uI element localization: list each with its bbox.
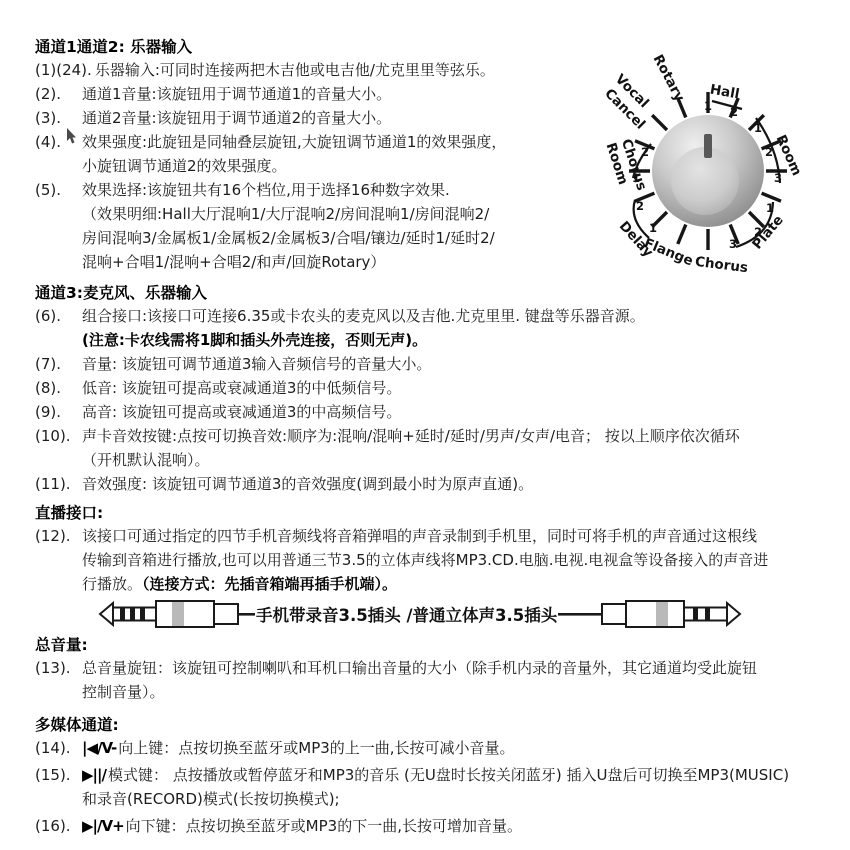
item-number: (9). xyxy=(35,400,82,424)
item-text: 效果强度:此旋钮是同轴叠层旋钮,大旋钮调节通道1的效果强度， 小旋钮调节通道2的… xyxy=(82,130,506,178)
item-number: (11). xyxy=(35,472,82,496)
item-text-main: 组合接口:该接口可连接6.35或卡农头的麦克风以及吉他.尤克里里. 键盘等乐器音… xyxy=(82,307,645,325)
item-connect-bold: （连接方式：先插音箱端再插手机端）。 xyxy=(142,575,397,593)
list-item: (9). 高音: 该旋钮可提高或衰减通道3的中高频信号。 xyxy=(35,400,827,424)
item-number: (12). xyxy=(35,524,82,548)
svg-text:3: 3 xyxy=(774,171,782,185)
svg-text:2: 2 xyxy=(636,199,644,213)
item-text-main: 向下键：点按切换至蓝牙或MP3的下一曲,长按可增加音量。 xyxy=(126,817,522,835)
list-item: (11). 音效强度: 该旋钮可调节通道3的音效强度(调到最小时为原声直通)。 xyxy=(35,472,827,496)
item-number: (3). xyxy=(35,106,82,130)
item-number: (5). xyxy=(35,178,82,202)
item-text-main: 向上键：点按切换至蓝牙或MP3的上一曲,长按可减小音量。 xyxy=(118,739,514,757)
item-number: (10). xyxy=(35,424,82,448)
svg-text:1: 1 xyxy=(766,201,774,215)
svg-text:3: 3 xyxy=(729,237,737,251)
manual-page: 通道1通道2: 乐器输入 (1)(24). 乐器输入:可同时连接两把木吉他或电吉… xyxy=(0,0,850,850)
item-text: ▶||/模式键： 点按播放或暂停蓝牙和MP3的音乐 (无U盘时长按关闭蓝牙) 插… xyxy=(82,763,789,811)
item-text: 该接口可通过指定的四节手机音频线将音箱弹唱的声音录制到手机里，同时可将手机的声音… xyxy=(82,524,768,596)
section-header-live-port: 直播接口: xyxy=(35,502,827,524)
item-text: 高音: 该旋钮可提高或衰减通道3的中高频信号。 xyxy=(82,400,401,424)
item-number: (13). xyxy=(35,656,82,680)
cable-label: 手机带录音3.5插头 /普通立体声3.5插头 xyxy=(256,602,557,626)
list-item: (8). 低音: 该旋钮可提高或衰减通道3的中低频信号。 xyxy=(35,376,827,400)
list-item: (15). ▶||/模式键： 点按播放或暂停蓝牙和MP3的音乐 (无U盘时长按关… xyxy=(35,763,827,811)
list-item: (14). |◀/V-向上键：点按切换至蓝牙或MP3的上一曲,长按可减小音量。 xyxy=(35,736,827,760)
item-text: 效果选择:该旋钮共有16个档位,用于选择16种数字效果. （效果明细:Hall大… xyxy=(82,178,495,274)
item-text: 总音量旋钮：该旋钮可控制喇叭和耳机口输出音量的大小（除手机内录的音量外，其它通道… xyxy=(82,656,757,704)
cable-diagram: 手机带录音3.5插头 /普通立体声3.5插头 xyxy=(97,598,827,630)
item-text-main: 模式键： 点按播放或暂停蓝牙和MP3的音乐 (无U盘时长按关闭蓝牙) 插入U盘后… xyxy=(82,766,789,808)
item-text: ▶|/V+向下键：点按切换至蓝牙或MP3的下一曲,长按可增加音量。 xyxy=(82,814,522,838)
item-number: (15). xyxy=(35,763,82,787)
mouse-cursor-icon xyxy=(66,128,78,145)
item-number: (14). xyxy=(35,736,82,760)
item-text: 音效强度: 该旋钮可调节通道3的音效强度(调到最小时为原声直通)。 xyxy=(82,472,533,496)
item-number: (16). xyxy=(35,814,82,838)
list-item: (12). 该接口可通过指定的四节手机音频线将音箱弹唱的声音录制到手机里，同时可… xyxy=(35,524,827,596)
prev-track-volume-down-icon: |◀/V- xyxy=(82,739,118,757)
section-header-master-volume: 总音量: xyxy=(35,634,827,656)
knob-svg: RotaryVocalCancelHallRoomPlateChorusFlan… xyxy=(575,30,847,286)
svg-text:1: 1 xyxy=(704,99,712,113)
svg-text:2: 2 xyxy=(754,225,762,239)
channel3-list: (6). 组合接口:该接口可连接6.35或卡农头的麦克风以及吉他.尤克里里. 键… xyxy=(35,304,827,496)
effect-selector-knob-diagram: RotaryVocalCancelHallRoomPlateChorusFlan… xyxy=(575,30,847,286)
list-item: (7). 音量: 该旋钮可调节通道3输入音频信号的音量大小。 xyxy=(35,352,827,376)
svg-text:2: 2 xyxy=(730,105,738,119)
item-number: (1)(24). xyxy=(35,58,95,82)
knob-pointer xyxy=(704,134,712,158)
section-header-multimedia: 多媒体通道: xyxy=(35,714,827,736)
svg-text:Chorus: Chorus xyxy=(694,254,749,276)
list-item: (6). 组合接口:该接口可连接6.35或卡农头的麦克风以及吉他.尤克里里. 键… xyxy=(35,304,827,352)
item-text: 乐器输入:可同时连接两把木吉他或电吉他/尤克里里等弦乐。 xyxy=(95,58,495,82)
next-track-volume-up-icon: ▶|/V+ xyxy=(82,817,126,835)
play-pause-icon: ▶||/ xyxy=(82,766,108,784)
item-number: (6). xyxy=(35,304,82,328)
svg-text:Rotary: Rotary xyxy=(650,52,688,104)
list-item: (16). ▶|/V+向下键：点按切换至蓝牙或MP3的下一曲,长按可增加音量。 xyxy=(35,814,827,838)
item-number: (8). xyxy=(35,376,82,400)
item-note-bold: (注意:卡农线需将1脚和插头外壳连接，否则无声)。 xyxy=(82,328,645,352)
item-text: 通道1音量:该旋钮用于调节通道1的音量大小。 xyxy=(82,82,391,106)
svg-text:1: 1 xyxy=(754,121,762,135)
svg-text:2: 2 xyxy=(641,145,649,159)
list-item: (10). 声卡音效按键:点按可切换音效:顺序为:混响/混响+延时/延时/男声/… xyxy=(35,424,827,472)
trs-plug-icon xyxy=(558,598,758,630)
item-number: (7). xyxy=(35,352,82,376)
list-item: (13). 总音量旋钮：该旋钮可控制喇叭和耳机口输出音量的大小（除手机内录的音量… xyxy=(35,656,827,704)
item-text: 低音: 该旋钮可提高或衰减通道3的中低频信号。 xyxy=(82,376,401,400)
svg-text:1: 1 xyxy=(632,171,640,185)
item-number: (2). xyxy=(35,82,82,106)
item-text: 组合接口:该接口可连接6.35或卡农头的麦克风以及吉他.尤克里里. 键盘等乐器音… xyxy=(82,304,645,352)
svg-text:1: 1 xyxy=(649,221,657,235)
multimedia-list: (14). |◀/V-向上键：点按切换至蓝牙或MP3的上一曲,长按可减小音量。 … xyxy=(35,736,827,838)
svg-text:Hall: Hall xyxy=(709,82,741,103)
item-text: 通道2音量:该旋钮用于调节通道2的音量大小。 xyxy=(82,106,391,130)
trrs-plug-icon xyxy=(97,598,255,630)
item-text: |◀/V-向上键：点按切换至蓝牙或MP3的上一曲,长按可减小音量。 xyxy=(82,736,515,760)
svg-text:2: 2 xyxy=(765,145,773,159)
item-text: 声卡音效按键:点按可切换音效:顺序为:混响/混响+延时/延时/男声/女声/电音；… xyxy=(82,424,740,472)
item-text: 音量: 该旋钮可调节通道3输入音频信号的音量大小。 xyxy=(82,352,431,376)
